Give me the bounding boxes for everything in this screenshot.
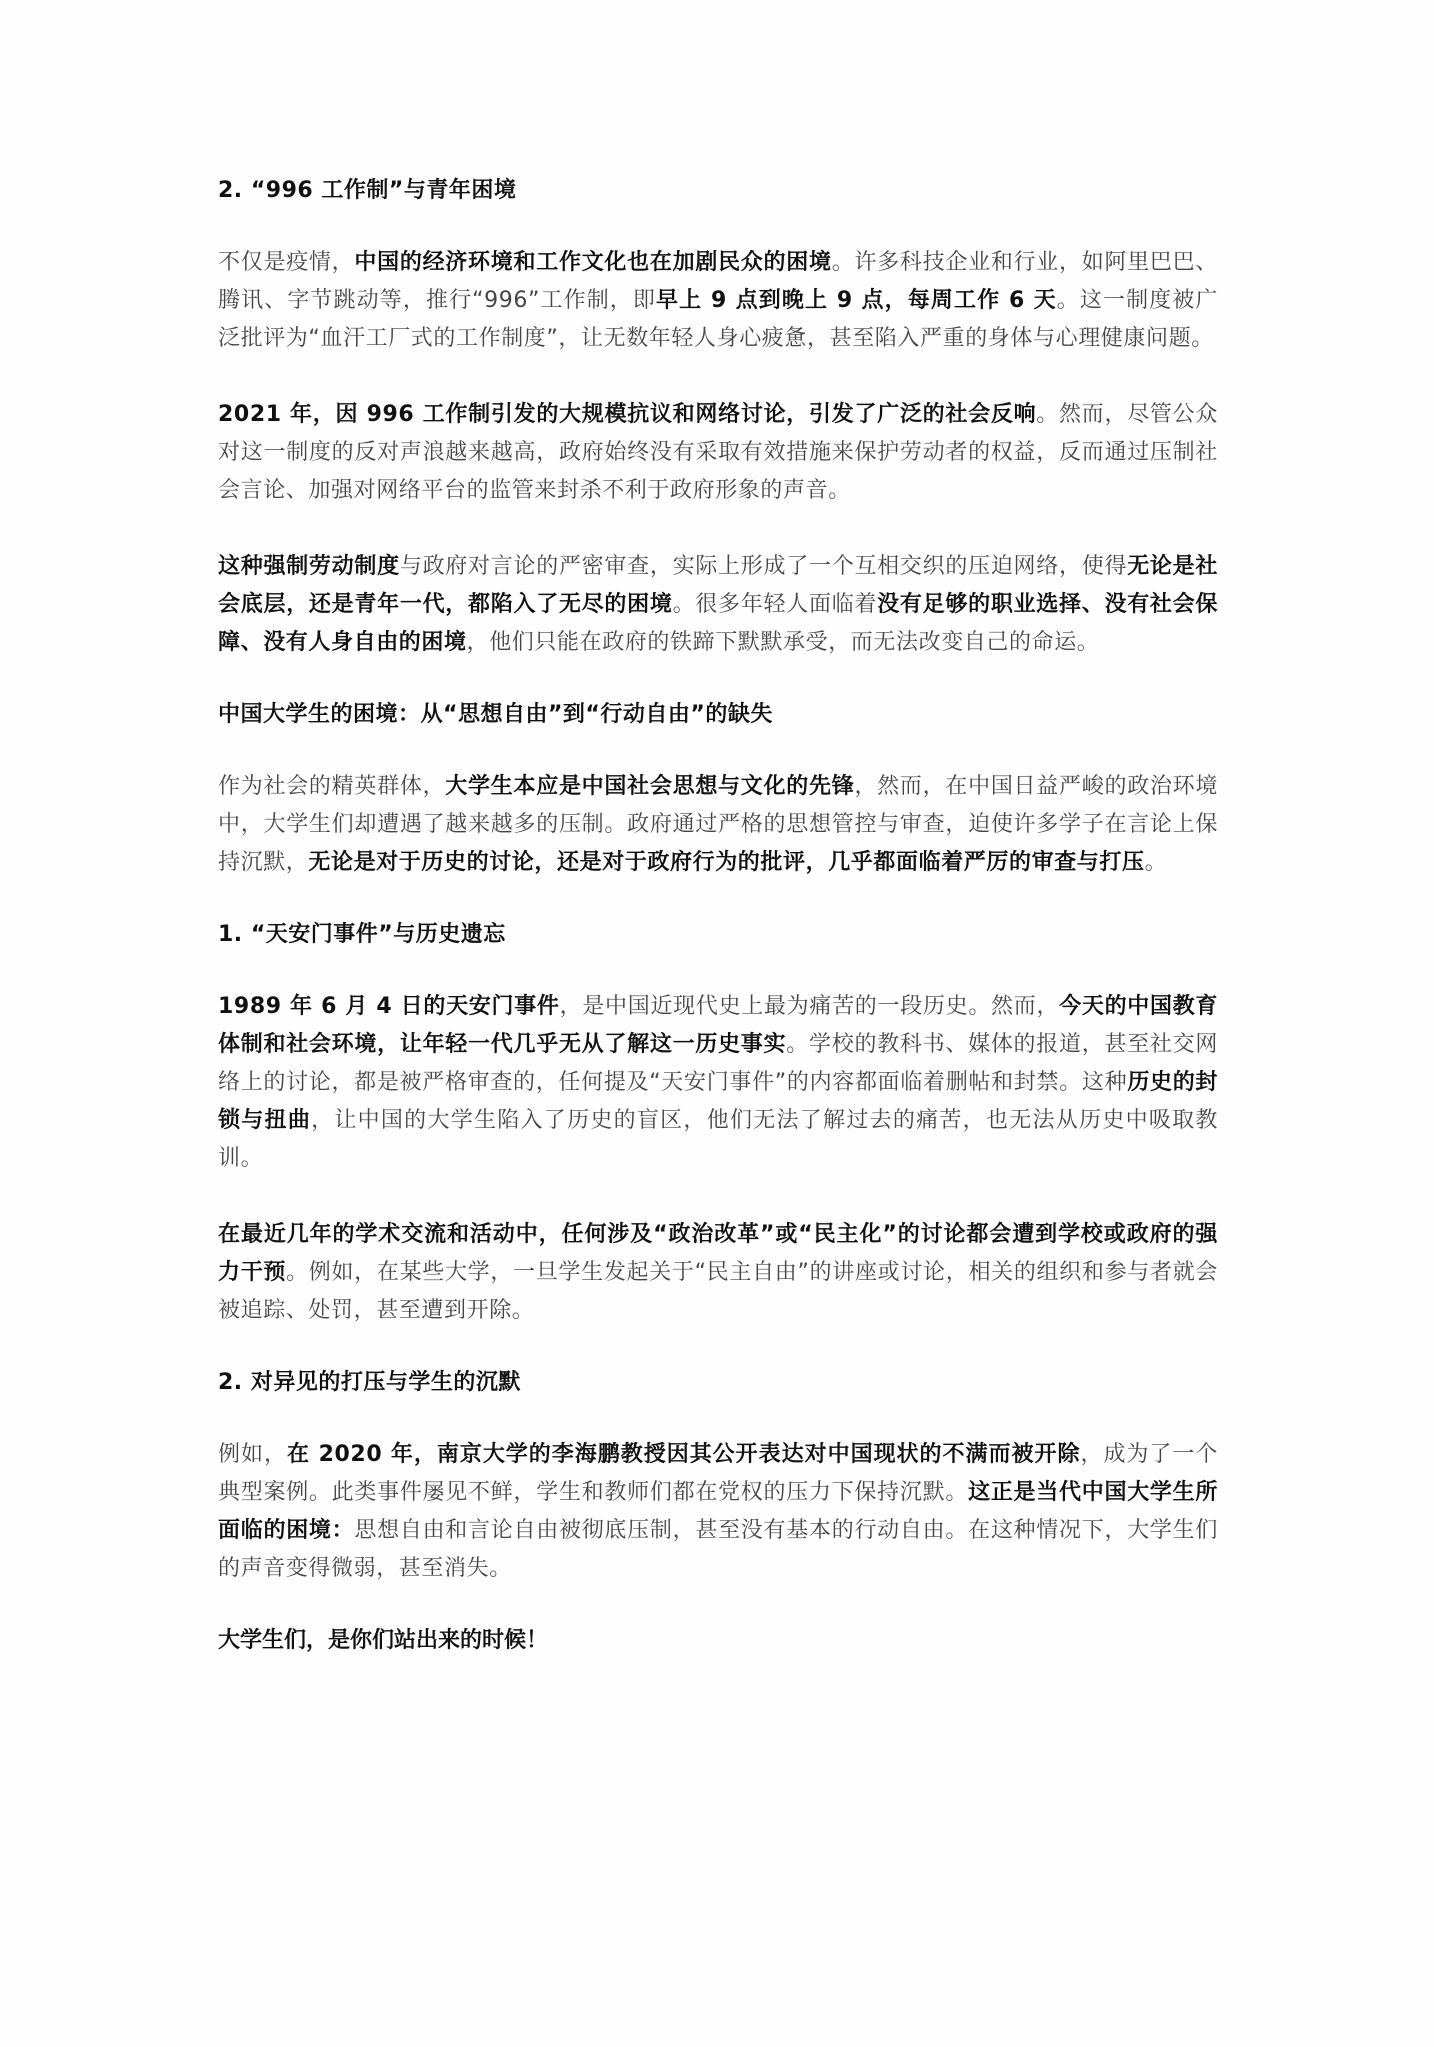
closing-line: 大学生们，是你们站出来的时候！ [218,1626,1218,1656]
text-run: 。 [1145,850,1168,875]
bold-run: 在 2020 年，南京大学的李海鹏教授因其公开表达对中国现状的不满而被开除 [287,1442,1080,1467]
paragraph-oppression-network: 这种强制劳动制度与政府对言论的严密审查，实际上形成了一个互相交织的压迫网络，使得… [218,548,1218,662]
text-run: 与政府对言论的严密审查，实际上形成了一个互相交织的压迫网络，使得 [400,554,1127,579]
text-run: ，让中国的大学生陷入了历史的盲区，他们无法了解过去的痛苦，也无法从历史中吸取教训… [218,1108,1218,1171]
text-run: 思想自由和言论自由被彻底压制，甚至没有基本的行动自由。在这种情况下，大学生们的声… [218,1518,1218,1581]
paragraph-2021-protests: 2021 年，因 996 工作制引发的大规模抗议和网络讨论，引发了广泛的社会反响… [218,396,1218,510]
bold-run: 1989 年 6 月 4 日的天安门事件 [218,994,560,1019]
section-heading-dissent: 2. 对异见的打压与学生的沉默 [218,1368,1218,1398]
bold-run: 中国的经济环境和工作文化也在加剧民众的困境 [354,250,831,275]
paragraph-2020-case: 例如，在 2020 年，南京大学的李海鹏教授因其公开表达对中国现状的不满而被开除… [218,1436,1218,1588]
text-run: 。例如，在某些大学，一旦学生发起关于“民主自由”的讲座或讨论，相关的组织和参与者… [218,1260,1218,1323]
document-page: 2. “996 工作制”与青年困境 不仅是疫情，中国的经济环境和工作文化也在加剧… [218,176,1218,1656]
paragraph-1989: 1989 年 6 月 4 日的天安门事件，是中国近现代史上最为痛苦的一段历史。然… [218,988,1218,1178]
paragraph-academic-intervention: 在最近几年的学术交流和活动中，任何涉及“政治改革”或“民主化”的讨论都会遭到学校… [218,1216,1218,1330]
section-heading-tiananmen: 1. “天安门事件”与历史遗忘 [218,920,1218,950]
text-run: ，是中国近现代史上最为痛苦的一段历史。然而， [560,994,1060,1019]
text-run: 作为社会的精英群体， [218,774,445,799]
bold-run: 大学生本应是中国社会思想与文化的先锋 [445,774,854,799]
section-heading-996: 2. “996 工作制”与青年困境 [218,176,1218,206]
bold-run: 2021 年，因 996 工作制引发的大规模抗议和网络讨论，引发了广泛的社会反响 [218,402,1036,427]
bold-run: 这种强制劳动制度 [218,554,400,579]
text-run: 不仅是疫情， [218,250,354,275]
section-heading-students: 中国大学生的困境：从“思想自由”到“行动自由”的缺失 [218,700,1218,730]
text-run: 例如， [218,1442,287,1467]
paragraph-work-culture: 不仅是疫情，中国的经济环境和工作文化也在加剧民众的困境。许多科技企业和行业，如阿… [218,244,1218,358]
text-run: 。很多年轻人面临着 [673,592,878,617]
bold-run: 无论是对于历史的讨论，还是对于政府行为的批评，几乎都面临着严厉的审查与打压 [308,850,1144,875]
text-run: ，他们只能在政府的铁蹄下默默承受，而无法改变自己的命运。 [467,630,1100,655]
paragraph-students-elite: 作为社会的精英群体，大学生本应是中国社会思想与文化的先锋，然而，在中国日益严峻的… [218,768,1218,882]
bold-run: 早上 9 点到晚上 9 点，每周工作 6 天 [656,288,1057,313]
